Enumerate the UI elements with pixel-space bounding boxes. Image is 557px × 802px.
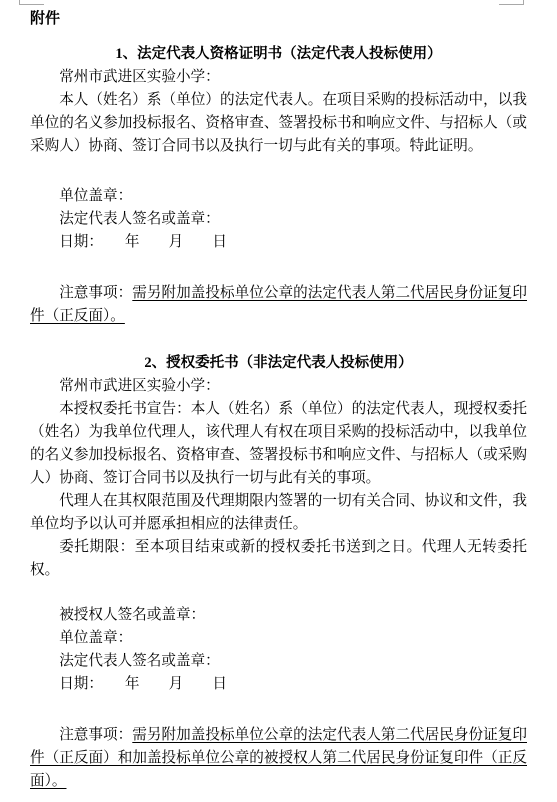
section-2-note: 注意事项：需另附加盖投标单位公章的法定代表人第二代居民身份证复印件（正反面）和加… — [30, 724, 527, 793]
signature-line-legal-rep: 法定代表人签名或盖章： — [30, 650, 527, 673]
crop-mark-top-left-horizontal — [19, 4, 44, 5]
section-2-paragraph-term: 委托期限：至本项目结束或新的授权委托书送到之日。代理人无转委托权。 — [30, 536, 527, 582]
section-2-title: 2、授权委托书（非法定代表人投标使用） — [30, 352, 527, 375]
section-2-signature-block: 被授权人签名或盖章： 单位盖章： 法定代表人签名或盖章： 日期： 年 月 日 — [30, 604, 527, 696]
section-legal-rep-certificate: 1、法定代表人资格证明书（法定代表人投标使用） 常州市武进区实验小学： 本人（姓… — [30, 43, 527, 328]
signature-line-date: 日期： 年 月 日 — [30, 673, 527, 696]
signature-line-date: 日期： 年 月 日 — [30, 231, 527, 254]
section-1-title: 1、法定代表人资格证明书（法定代表人投标使用） — [30, 43, 527, 66]
signature-line-authorized-person: 被授权人签名或盖章： — [30, 604, 527, 627]
section-1-note: 注意事项：需另附加盖投标单位公章的法定代表人第二代居民身份证复印件（正反面）。 — [30, 282, 527, 328]
signature-line-unit-seal: 单位盖章： — [30, 185, 527, 208]
section-power-of-attorney: 2、授权委托书（非法定代表人投标使用） 常州市武进区实验小学： 本授权委托书宣告… — [30, 352, 527, 793]
signature-line-legal-rep: 法定代表人签名或盖章： — [30, 208, 527, 231]
section-1-signature-block: 单位盖章： 法定代表人签名或盖章： 日期： 年 月 日 — [30, 185, 527, 254]
signature-line-unit-seal: 单位盖章： — [30, 627, 527, 650]
document-content: 附件 1、法定代表人资格证明书（法定代表人投标使用） 常州市武进区实验小学： 本… — [0, 0, 557, 793]
document-page: 附件 1、法定代表人资格证明书（法定代表人投标使用） 常州市武进区实验小学： 本… — [0, 0, 557, 802]
section-2-paragraph-declaration: 本授权委托书宣告：本人（姓名）系（单位）的法定代表人，现授权委托（姓名）为我单位… — [30, 398, 527, 490]
section-2-salutation: 常州市武进区实验小学： — [30, 375, 527, 398]
section-2-note-label: 注意事项： — [59, 727, 132, 743]
section-2-paragraph-liability: 代理人在其权限范围及代理期限内签署的一切有关合同、协议和文件，我单位均予以认可并… — [30, 490, 527, 536]
section-1-paragraph: 本人（姓名）系（单位）的法定代表人。在项目采购的投标活动中，以我单位的名义参加投… — [30, 89, 527, 158]
crop-mark-top-right-horizontal — [499, 4, 524, 5]
attachment-label: 附件 — [30, 8, 527, 31]
section-1-note-label: 注意事项： — [59, 285, 132, 301]
section-1-salutation: 常州市武进区实验小学： — [30, 66, 527, 89]
